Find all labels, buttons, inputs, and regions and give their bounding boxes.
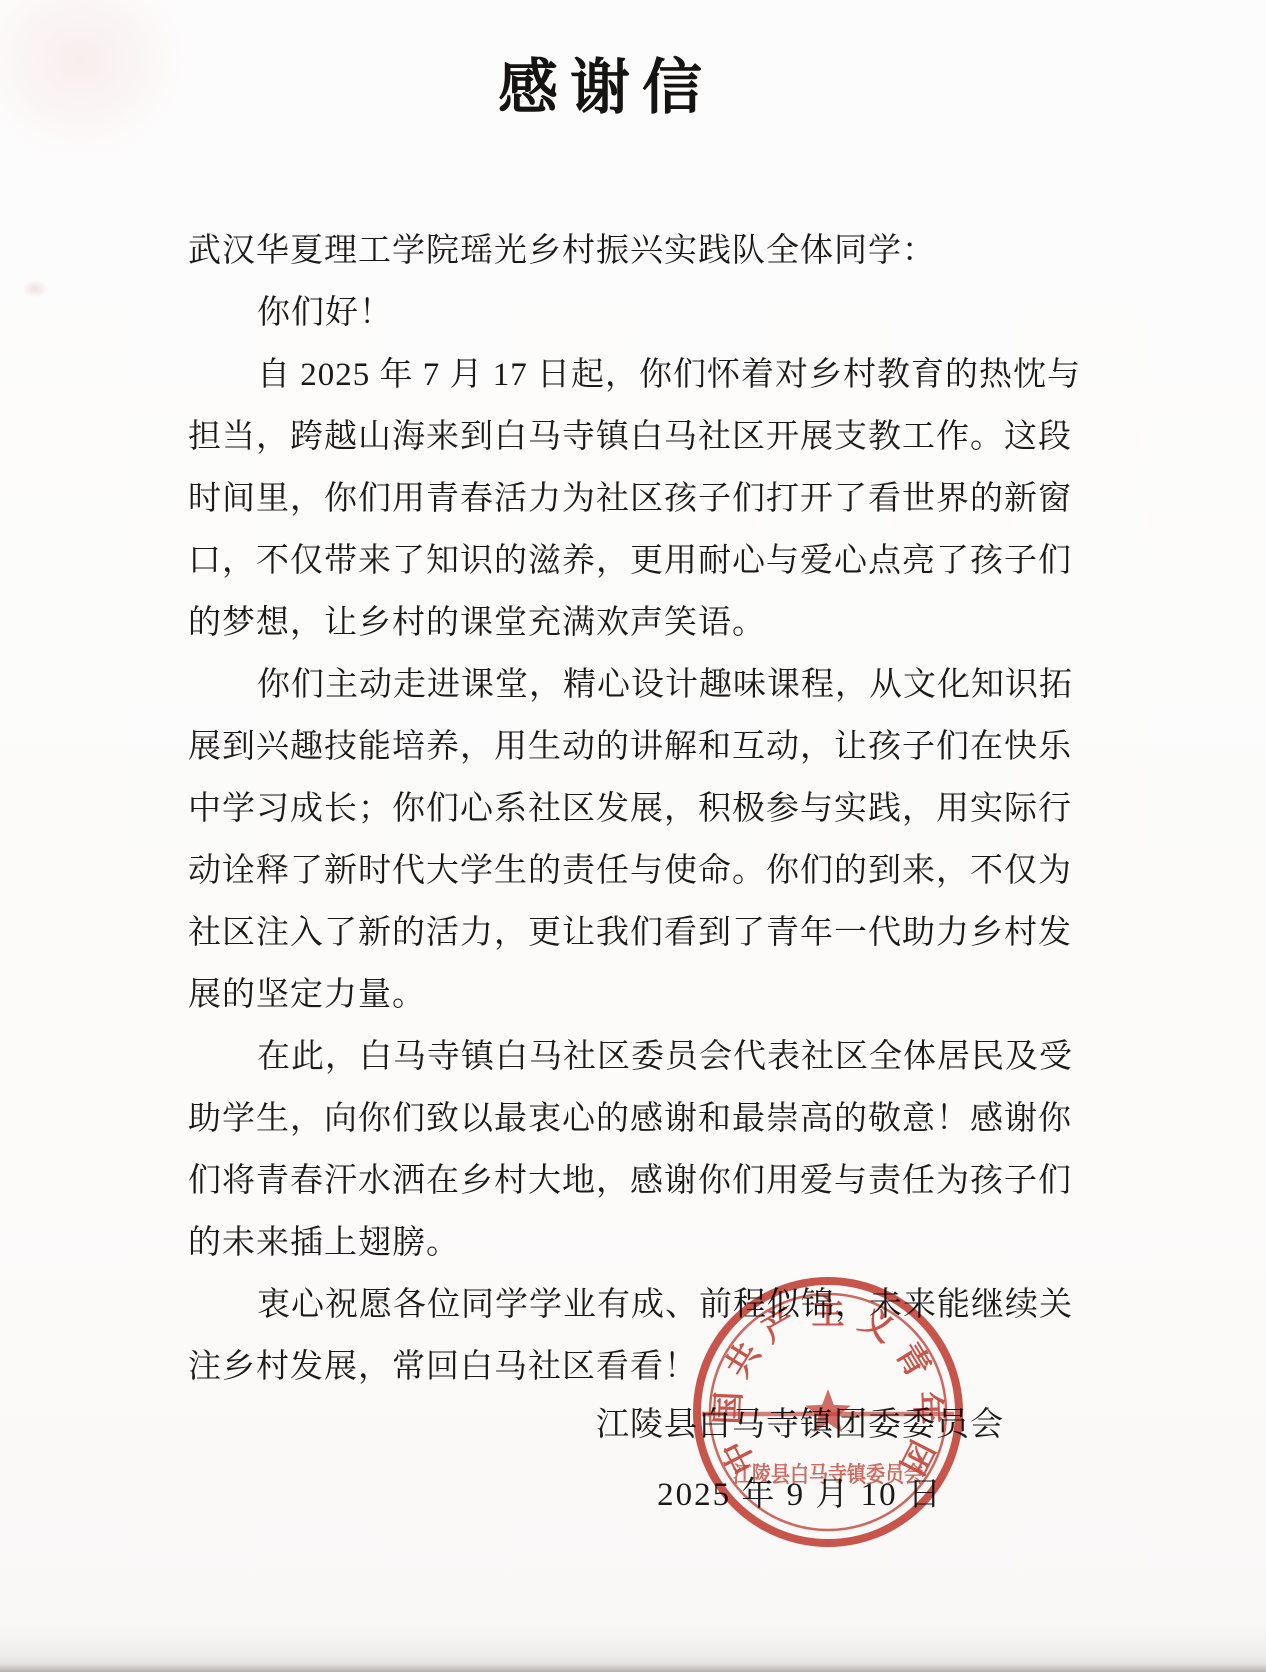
letter-body: 武汉华夏理工学院瑶光乡村振兴实践队全体同学： 你们好！ 自 2025 年 7 月… [188,222,1054,1400]
body-line: 中学习成长；你们心系社区发展，积极参与实践，用实际行 [188,780,1054,842]
body-line: 担当，跨越山海来到白马寺镇白马社区开展支教工作。这段 [188,408,1054,470]
salutation-line: 武汉华夏理工学院瑶光乡村振兴实践队全体同学： [188,222,1054,284]
body-line: 展的坚定力量。 [188,966,1054,1028]
body-line: 助学生，向你们致以最衷心的感谢和最崇高的敬意！感谢你 [188,1090,1054,1152]
body-line: 展到兴趣技能培养，用生动的讲解和互动，让孩子们在快乐 [188,718,1054,780]
paper-bottom-edge [0,1664,1266,1672]
body-line: 自 2025 年 7 月 17 日起，你们怀着对乡村教育的热忱与 [188,346,1054,408]
signature-line: 江陵县白马寺镇团委委员会 [560,1402,1040,1448]
body-line: 的梦想，让乡村的课堂充满欢声笑语。 [188,594,1054,656]
body-line: 的未来插上翅膀。 [188,1214,1054,1276]
body-line: 社区注入了新的活力，更让我们看到了青年一代助力乡村发 [188,904,1054,966]
scanned-letter-page: { "document": { "title": "感谢信", "salutat… [0,0,1266,1672]
body-line: 口，不仅带来了知识的滋养，更用耐心与爱心点亮了孩子们 [188,532,1054,594]
letter-paper: 感谢信 武汉华夏理工学院瑶光乡村振兴实践队全体同学： 你们好！ 自 2025 年… [0,0,1266,1672]
body-line: 动诠释了新时代大学生的责任与使命。你们的到来，不仅为 [188,842,1054,904]
body-line: 衷心祝愿各位同学学业有成、前程似锦，未来能继续关 [188,1276,1054,1338]
body-line: 你们主动走进课堂，精心设计趣味课程，从文化知识拓 [188,656,1054,718]
scan-smudge [22,280,48,298]
body-line: 时间里，你们用青春活力为社区孩子们打开了看世界的新窗 [188,470,1054,532]
body-line: 们将青春汗水洒在乡村大地，感谢你们用爱与责任为孩子们 [188,1152,1054,1214]
greeting-line: 你们好！ [188,284,1054,346]
date-line: 2025 年 9 月 10 日 [560,1472,1040,1518]
body-line: 注乡村发展，常回白马社区看看！ [188,1338,1054,1400]
body-line: 在此，白马寺镇白马社区委员会代表社区全体居民及受 [188,1028,1054,1090]
letter-title: 感谢信 [0,40,1200,126]
